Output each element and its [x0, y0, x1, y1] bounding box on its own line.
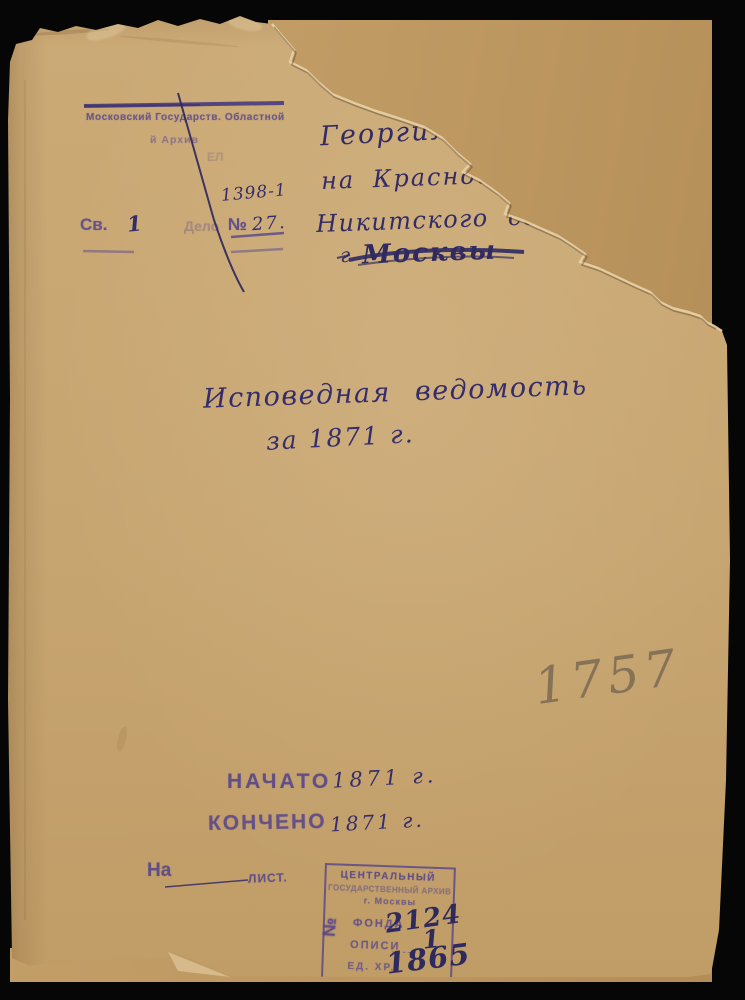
- church-title-line4-prefix: г: [339, 243, 350, 267]
- vertical-number-mark: №: [320, 917, 341, 937]
- nachato-value-handwritten: 1871 г.: [331, 763, 438, 792]
- na-label: На: [147, 860, 171, 882]
- sv-value-handwritten: 1: [126, 210, 143, 236]
- central-archive-stamp: ЦЕНТРАЛЬНЫЙ ГОСУДАРСТВЕННЫЙ АРХИВ г. Мос…: [321, 863, 456, 984]
- subject-line2: за 1871 г.: [265, 419, 415, 456]
- delo-underline-2: [231, 249, 283, 252]
- nachato-label: НАЧАТО: [227, 770, 331, 794]
- oblast-stamp-line2: й Архив: [150, 134, 199, 146]
- sv-label: Св.: [80, 215, 107, 235]
- delo-label: Дело: [184, 218, 219, 234]
- sv-underline: [83, 251, 134, 252]
- koncheno-value-handwritten: 1871 г.: [329, 808, 425, 837]
- oblast-stamp-faint-mark: ЕЛ: [207, 150, 223, 164]
- na-blank-line: [165, 880, 248, 887]
- delo-num-sign: №: [228, 215, 247, 235]
- subject-line1: Исповедная ведомость: [203, 370, 588, 414]
- koncheno-label: КОНЧЕНО: [208, 810, 327, 836]
- spine-crease: [24, 80, 26, 920]
- smudge-mark: [115, 725, 129, 752]
- stamp-top-bar-shade: [84, 105, 200, 106]
- oblast-stamp-line1: Московский Государств. Областной: [86, 111, 285, 123]
- crumple-highlight: [85, 18, 127, 44]
- crumple-highlight: [227, 15, 263, 34]
- stamp-top-bar: [84, 103, 284, 106]
- scanned-document-cover: Московский Государств. Областной й Архив…: [0, 0, 745, 1000]
- central-archive-line2: ГОСУДАРСТВЕННЫЙ АРХИВ: [328, 882, 451, 896]
- case-number-handwritten: 1398-1: [220, 180, 287, 206]
- delo-value-handwritten: 27.: [251, 212, 287, 235]
- crease-mark: [120, 35, 240, 48]
- pencil-number: 1757: [531, 638, 685, 716]
- central-archive-line1: ЦЕНТРАЛЬНЫЙ: [340, 870, 436, 884]
- church-title-city-struck: Москвы: [362, 236, 498, 271]
- list-label: ЛИСТ.: [248, 870, 288, 885]
